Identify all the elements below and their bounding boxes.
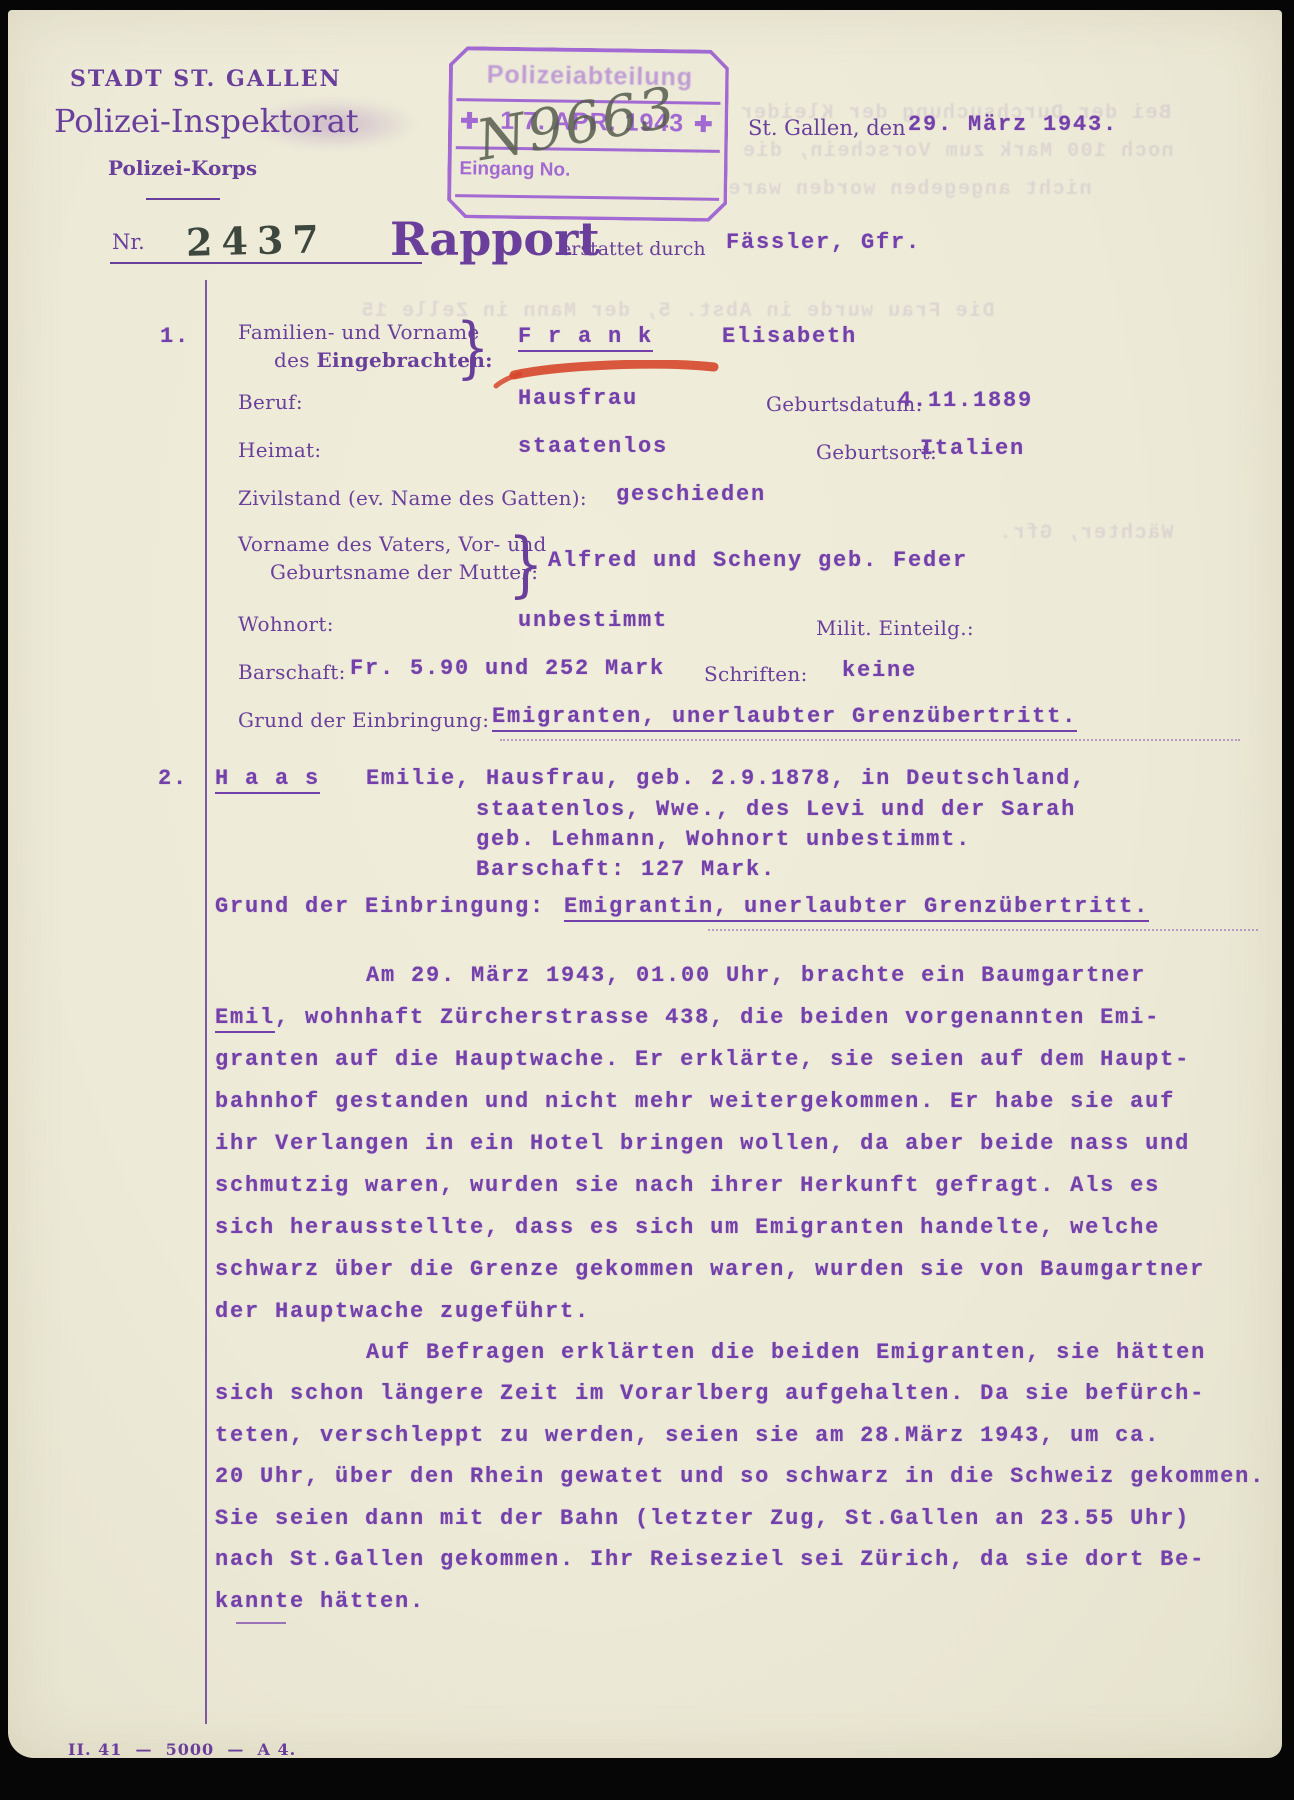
body-line: nach St.Gallen gekommen. Ihr Reiseziel s… xyxy=(215,1547,1205,1572)
body-line: Am 29. März 1943, 01.00 Uhr, brachte ein… xyxy=(366,963,1146,988)
reporter-name: Fässler, Gfr. xyxy=(726,230,921,255)
body-line: sich schon längere Zeit im Vorarlberg au… xyxy=(215,1381,1205,1406)
eltern-label1: Vorname des Vaters, Vor- und xyxy=(238,532,547,556)
detainee-firstname: Elisabeth xyxy=(722,324,857,349)
item-number: 2. xyxy=(158,766,188,791)
geburtsort-label: Geburtsort: xyxy=(816,440,937,464)
beruf-label: Beruf: xyxy=(238,390,303,414)
body-line: 20 Uhr, über den Rhein gewatet und so sc… xyxy=(215,1464,1265,1489)
grund2-value: Emigrantin, unerlaubter Grenzübertritt. xyxy=(564,894,1149,922)
body-line: sich herausstellte, dass es sich um Emig… xyxy=(215,1215,1160,1240)
grund2-label: Grund der Einbringung: xyxy=(215,894,560,919)
wohnort-value: unbestimmt xyxy=(518,608,668,633)
detainee2-line1: Emilie, Hausfrau, geb. 2.9.1878, in Deut… xyxy=(366,766,1086,791)
barschaft-value: Fr. 5.90 und 252 Mark xyxy=(350,656,665,681)
detainee-surname: F r a n k xyxy=(518,324,653,352)
eltern-value: Alfred und Scheny geb. Feder xyxy=(548,548,968,573)
bleedthrough-text: nicht angegeben worden waren. xyxy=(700,178,1092,201)
zivilstand-label: Zivilstand (ev. Name des Gatten): xyxy=(238,486,587,510)
body-line: schwarz über die Grenze gekommen waren, … xyxy=(215,1257,1205,1282)
org-city-line: STADT ST. GALLEN xyxy=(70,66,342,92)
report-number-handwritten: 2437 xyxy=(185,216,328,265)
eltern-label2: Geburtsname der Mutter: xyxy=(270,560,538,584)
form-dotted-line xyxy=(500,739,1240,741)
org-name: Polizei-Inspektorat xyxy=(54,102,359,140)
document-page: Bei der Durchsuchung der Kleider kamen n… xyxy=(8,10,1282,1758)
milit-label: Milit. Einteilg.: xyxy=(816,616,974,640)
form-print-code: II. 41 — 5000 — A 4. xyxy=(68,1740,296,1759)
bleedthrough-text: Wächter, Gfr. xyxy=(998,522,1174,545)
zivilstand-value: geschieden xyxy=(616,482,766,507)
grund-value: Emigranten, unerlaubter Grenzübertritt. xyxy=(492,704,1077,732)
detainee2-surname: H a a s xyxy=(215,766,320,794)
body-line: Auf Befragen erklärten die beiden Emigra… xyxy=(366,1340,1206,1365)
body-line: bahnhof gestanden und nicht mehr weiterg… xyxy=(215,1089,1175,1114)
item-number: 1. xyxy=(160,324,190,349)
place-date-value: 29. März 1943. xyxy=(908,112,1118,137)
report-number-underline xyxy=(110,262,422,264)
body-line: kannte hätten. xyxy=(215,1589,425,1614)
geburtsdatum-value: 4.11.1889 xyxy=(898,388,1033,413)
beruf-value: Hausfrau xyxy=(518,386,638,411)
geburtsort-value: Italien xyxy=(920,436,1025,461)
body-line: Emil, wohnhaft Zürcherstrasse 438, die b… xyxy=(215,1005,1160,1030)
heimat-value: staatenlos xyxy=(518,434,668,459)
letterhead-rule xyxy=(146,198,220,200)
grund-label: Grund der Einbringung: xyxy=(238,708,489,732)
body-line: teten, verschleppt zu werden, seien sie … xyxy=(215,1423,1160,1448)
body-line: Sie seien dann mit der Bahn (letzter Zug… xyxy=(215,1506,1190,1531)
detainee2-line3: geb. Lehmann, Wohnort unbestimmt. xyxy=(476,827,971,852)
document-scan: Bei der Durchsuchung der Kleider kamen n… xyxy=(0,0,1294,1800)
org-unit: Polizei-Korps xyxy=(108,156,257,180)
end-dash xyxy=(236,1622,286,1624)
place-date-label: St. Gallen, den xyxy=(748,116,906,140)
name-field-label: Familien- und Vorname xyxy=(238,320,479,344)
detainee2-line4: Barschaft: 127 Mark. xyxy=(476,857,776,882)
margin-rule xyxy=(205,280,207,1724)
body-line: granten auf die Hauptwache. Er erklärte,… xyxy=(215,1047,1190,1072)
brace-glyph: } xyxy=(456,308,489,386)
report-title-suffix: erstattet durch xyxy=(560,238,706,260)
swiss-cross-icon: ✚ xyxy=(694,111,713,137)
body-line: schmutzig waren, wurden sie nach ihrer H… xyxy=(215,1173,1160,1198)
schriften-value: keine xyxy=(842,658,917,683)
detainee2-line2: staatenlos, Wwe., des Levi und der Sarah xyxy=(476,797,1076,822)
wohnort-label: Wohnort: xyxy=(238,612,334,636)
report-number-label: Nr. xyxy=(112,230,145,254)
brace-glyph: } xyxy=(508,522,544,606)
barschaft-label: Barschaft: xyxy=(238,660,346,684)
body-line: ihr Verlangen in ein Hotel bringen wolle… xyxy=(215,1131,1190,1156)
schriften-label: Schriften: xyxy=(704,662,808,686)
form-dotted-line xyxy=(708,929,1258,931)
heimat-label: Heimat: xyxy=(238,438,321,462)
body-line: der Hauptwache zugeführt. xyxy=(215,1299,590,1324)
